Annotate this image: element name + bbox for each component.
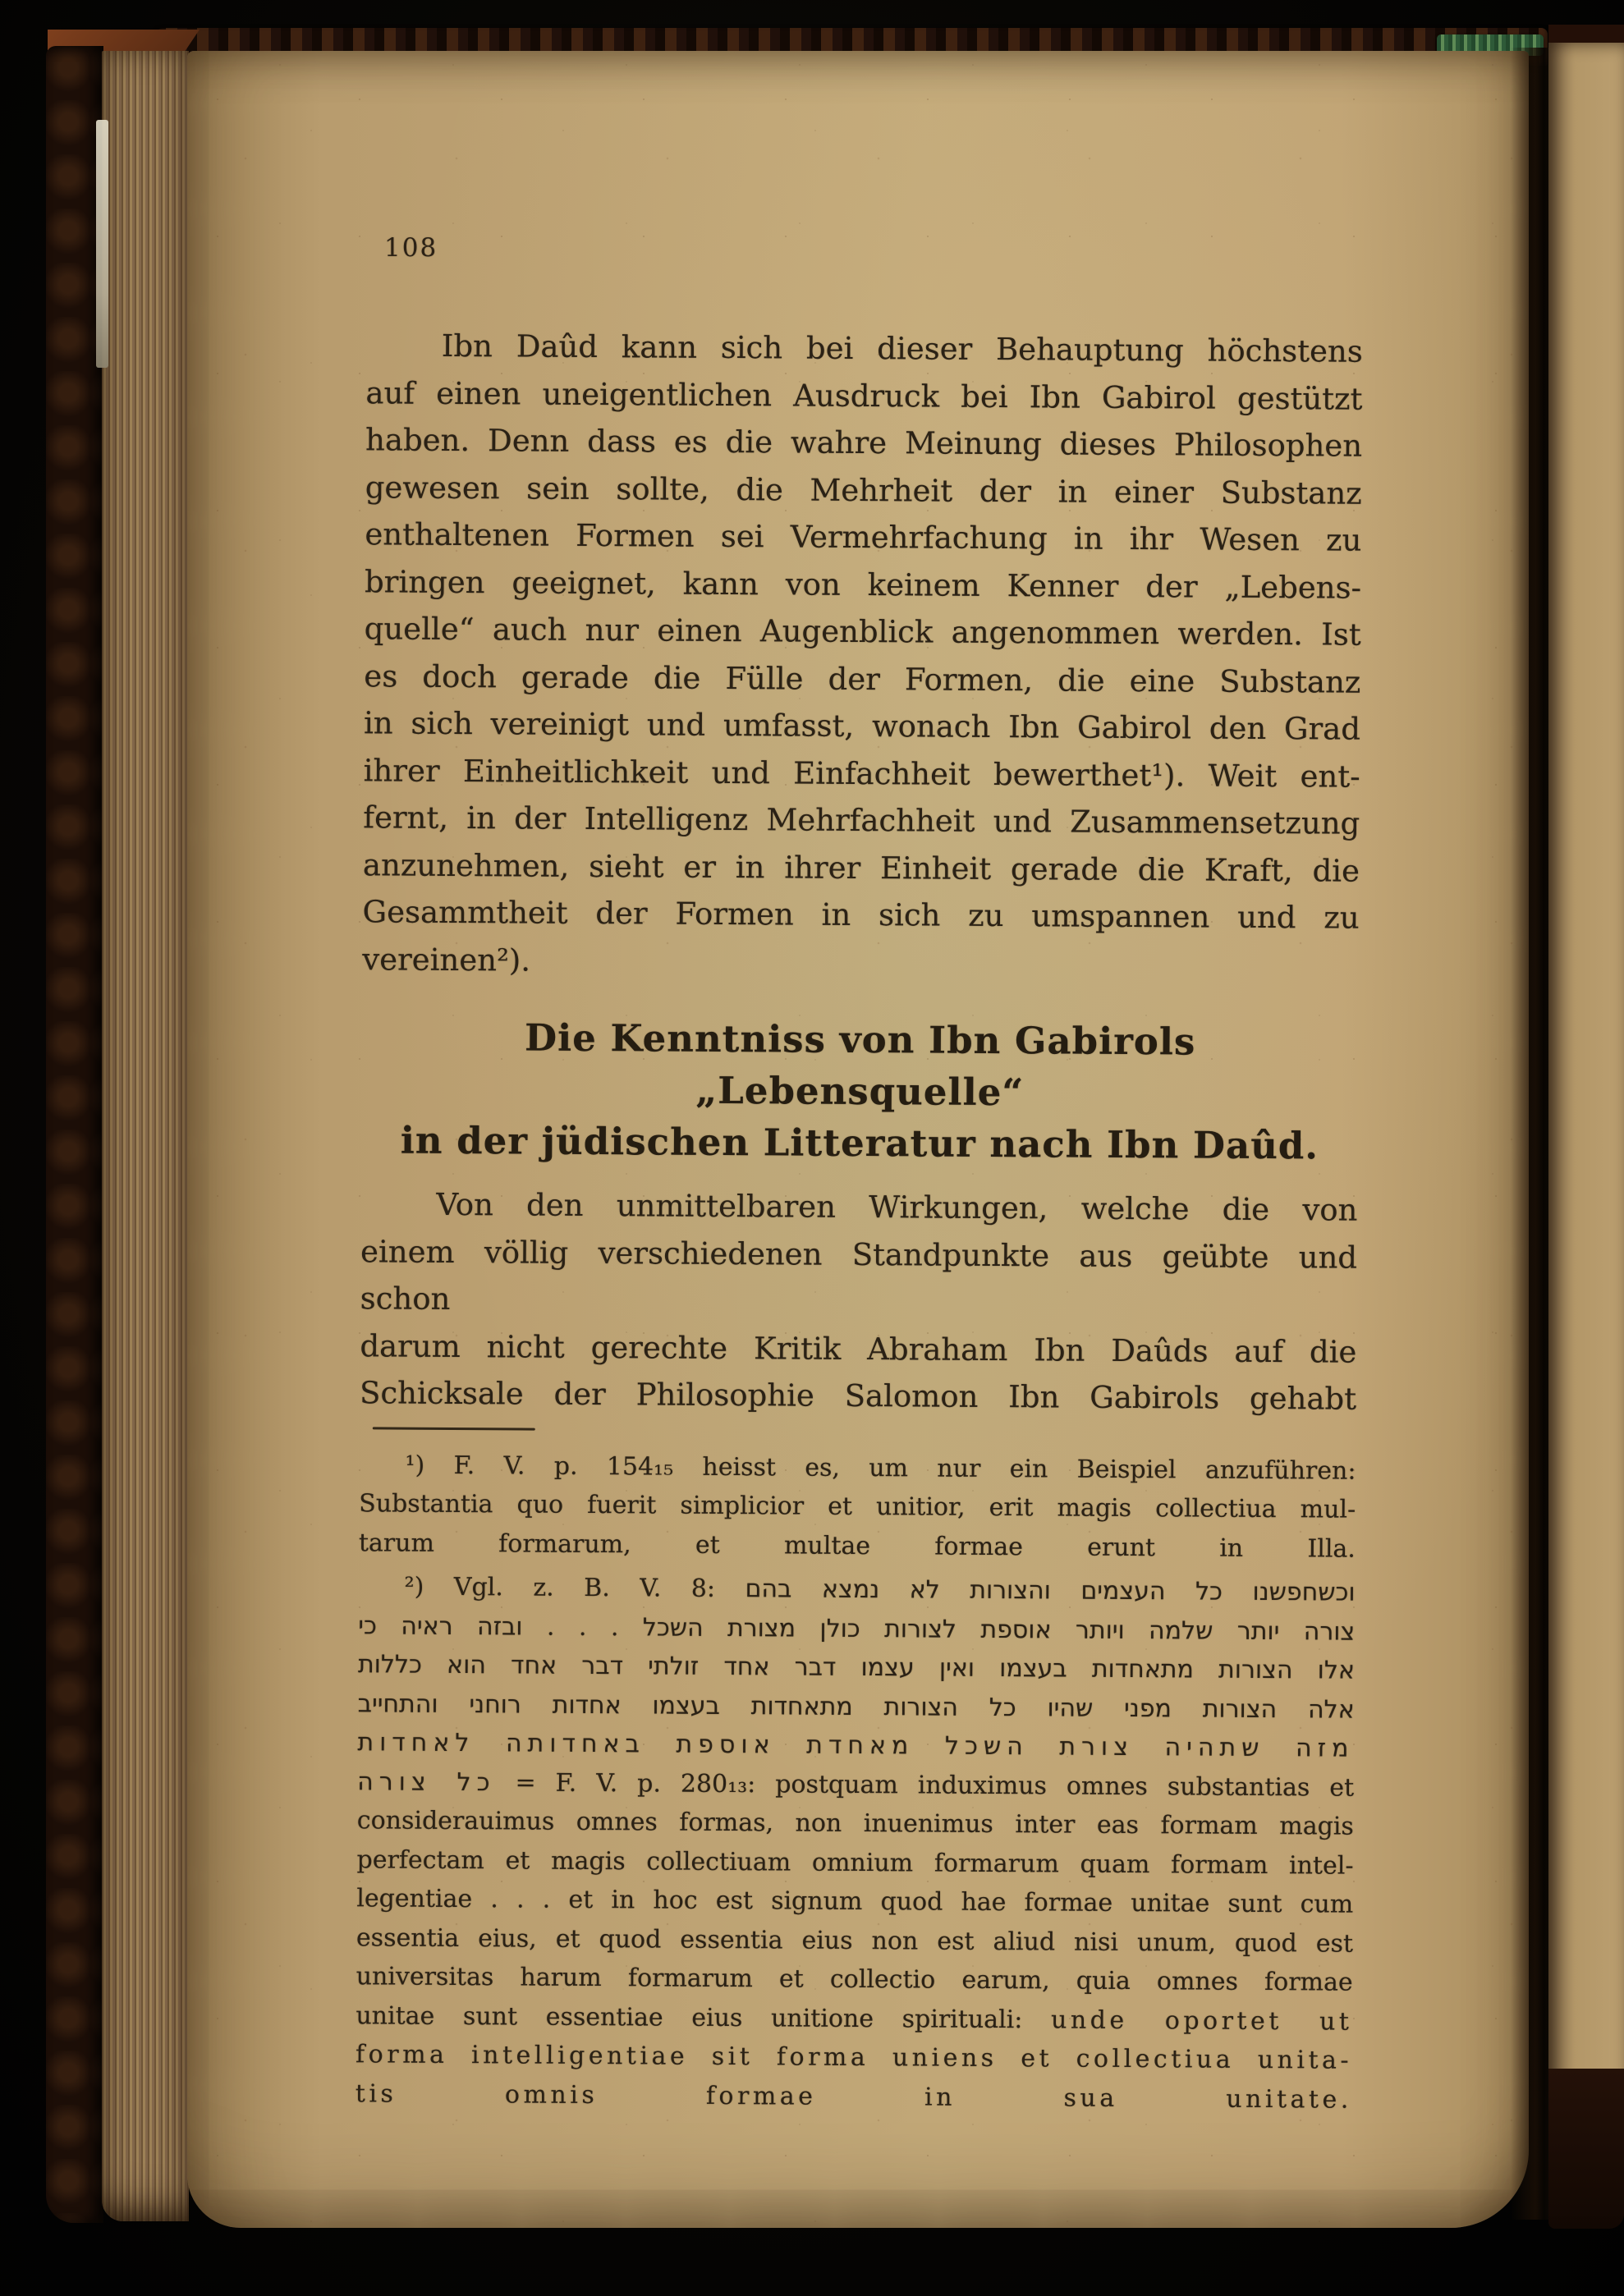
page-stack-edges: [102, 51, 189, 2221]
text-line: perfectam et magis collectiuam omnium fo…: [356, 1840, 1353, 1886]
text-line: enthaltenen Formen sei Vermehrfachung in…: [365, 511, 1361, 564]
text-line: vereinen²).: [362, 936, 1359, 989]
footnote-2-latin-normal: unitae sunt essentiae eius unitione spir…: [356, 2001, 1051, 2034]
text-line: quelle“ auch nur einen Augenblick angeno…: [365, 605, 1361, 658]
text-line: Gesammtheit der Formen in sich zu umspan…: [362, 888, 1359, 942]
section-heading-line: Die Kenntniss von Ibn Gabirols „Lebensqu…: [361, 1011, 1359, 1120]
book-page: 108 Ibn Daûd kann sich bei dieser Behaup…: [187, 51, 1529, 2228]
text-line: gewesen sein sollte, die Mehrheit der in…: [365, 464, 1362, 517]
text-line: Von den unmittelbaren Wirkungen, welche …: [360, 1180, 1357, 1234]
text-line: צורה יותר שלמה ויותר אוספת לצורות כולן מ…: [358, 1606, 1355, 1652]
text-line: es doch gerade die Fülle der Formen, die…: [364, 653, 1360, 706]
footnote-2-hebrew-run: וכשחפשנו כל העצמים והצורות לא נמצא בהם: [745, 1574, 1355, 1607]
footnote-2-latin-quote: = F. V. p. 280₁₃: postquam induximus omn…: [495, 1768, 1354, 1802]
text-line: tarum formarum, et multae formae erunt i…: [359, 1524, 1356, 1569]
text-line: tis omnis formae in sua unitate.: [356, 2074, 1352, 2120]
text-line: Ibn Daûd kann sich bei dieser Behauptung…: [366, 322, 1363, 375]
footnote-separator-rule: [373, 1427, 535, 1430]
footnote-2: ²) Vgl. z. B. V. 8: וכשחפשנו כל העצמים ו…: [356, 1567, 1356, 2119]
page-text-column: Ibn Daûd kann sich bei dieser Behauptung…: [356, 322, 1363, 2119]
scanned-book-photo: 108 Ibn Daûd kann sich bei dieser Behaup…: [0, 0, 1624, 2296]
footnote-2-hebrew-tail: כל צורה: [357, 1767, 496, 1797]
footnote-2-latin-emphasis: unde oportet ut: [1051, 2005, 1353, 2036]
text-line: forma intelligentiae sit forma uniens et…: [356, 2035, 1352, 2080]
cover-edge-bottom-right: [1548, 2069, 1624, 2229]
paragraph-1: Ibn Daûd kann sich bei dieser Behauptung…: [362, 322, 1363, 988]
text-line: ihrer Einheitlichkeit und Einfachheit be…: [363, 747, 1360, 800]
text-line: unitae sunt essentiae eius unitione spir…: [356, 1996, 1352, 2042]
text-line: אלו הצורות מתאחדות בעצמו ואין עצמו דבר א…: [358, 1645, 1355, 1690]
book-spine: [46, 46, 103, 2223]
text-line: Substantia quo fuerit simplicior et unit…: [359, 1484, 1356, 1529]
paragraph-2: Von den unmittelbaren Wirkungen, welche …: [360, 1180, 1358, 1423]
text-line: anzunehmen, sieht er in ihrer Einheit ge…: [363, 841, 1360, 895]
text-line: כל צורה = F. V. p. 280₁₃: postquam indux…: [357, 1762, 1354, 1808]
section-heading-line: in der jüdischen Litteratur nach Ibn Daû…: [361, 1114, 1358, 1171]
text-line: מזה שתהיה צורת השכל מאחדת אוספת באחדותה …: [357, 1723, 1354, 1768]
text-line: darum nicht gerechte Kritik Abraham Ibn …: [360, 1322, 1356, 1376]
section-heading: Die Kenntniss von Ibn Gabirols „Lebensqu…: [361, 1011, 1359, 1171]
text-line: ¹) F. V. p. 154₁₅ heisst es, um nur ein …: [359, 1446, 1356, 1491]
text-line: considerauimus omnes formas, non inuenim…: [357, 1801, 1354, 1846]
text-line: auf einen uneigentlichen Ausdruck bei Ib…: [365, 369, 1362, 423]
text-line: in sich vereinigt und umfasst, wonach Ib…: [364, 699, 1360, 753]
text-line: einem völlig verschiedenen Standpunkte a…: [360, 1228, 1358, 1328]
text-line: legentiae . . . et in hoc est signum quo…: [356, 1879, 1353, 1924]
text-line: אלה הצורות מפני שהיו כל הצורות מתאחדות ב…: [358, 1684, 1355, 1730]
text-line: bringen geeignet, kann von keinem Kenner…: [365, 558, 1361, 612]
text-line: haben. Denn dass es die wahre Meinung di…: [365, 416, 1362, 470]
footnote-2-latin-prefix: ²) Vgl. z. B. V. 8:: [404, 1573, 745, 1604]
bookmark-ribbon: [96, 120, 108, 368]
text-line: essentia eius, et quod essentia eius non…: [356, 1918, 1353, 1964]
text-line: fernt, in der Intelligenz Mehrfachheit u…: [363, 794, 1360, 847]
text-line: universitas harum formarum et collectio …: [356, 1957, 1353, 2002]
page-number: 108: [384, 233, 438, 263]
facing-page-edge: [1548, 43, 1624, 2187]
text-line: ²) Vgl. z. B. V. 8: וכשחפשנו כל העצמים ו…: [358, 1567, 1355, 1612]
footnote-1: ¹) F. V. p. 154₁₅ heisst es, um nur ein …: [359, 1446, 1356, 1569]
text-line: Schicksale der Philosophie Salomon Ibn G…: [360, 1369, 1356, 1423]
